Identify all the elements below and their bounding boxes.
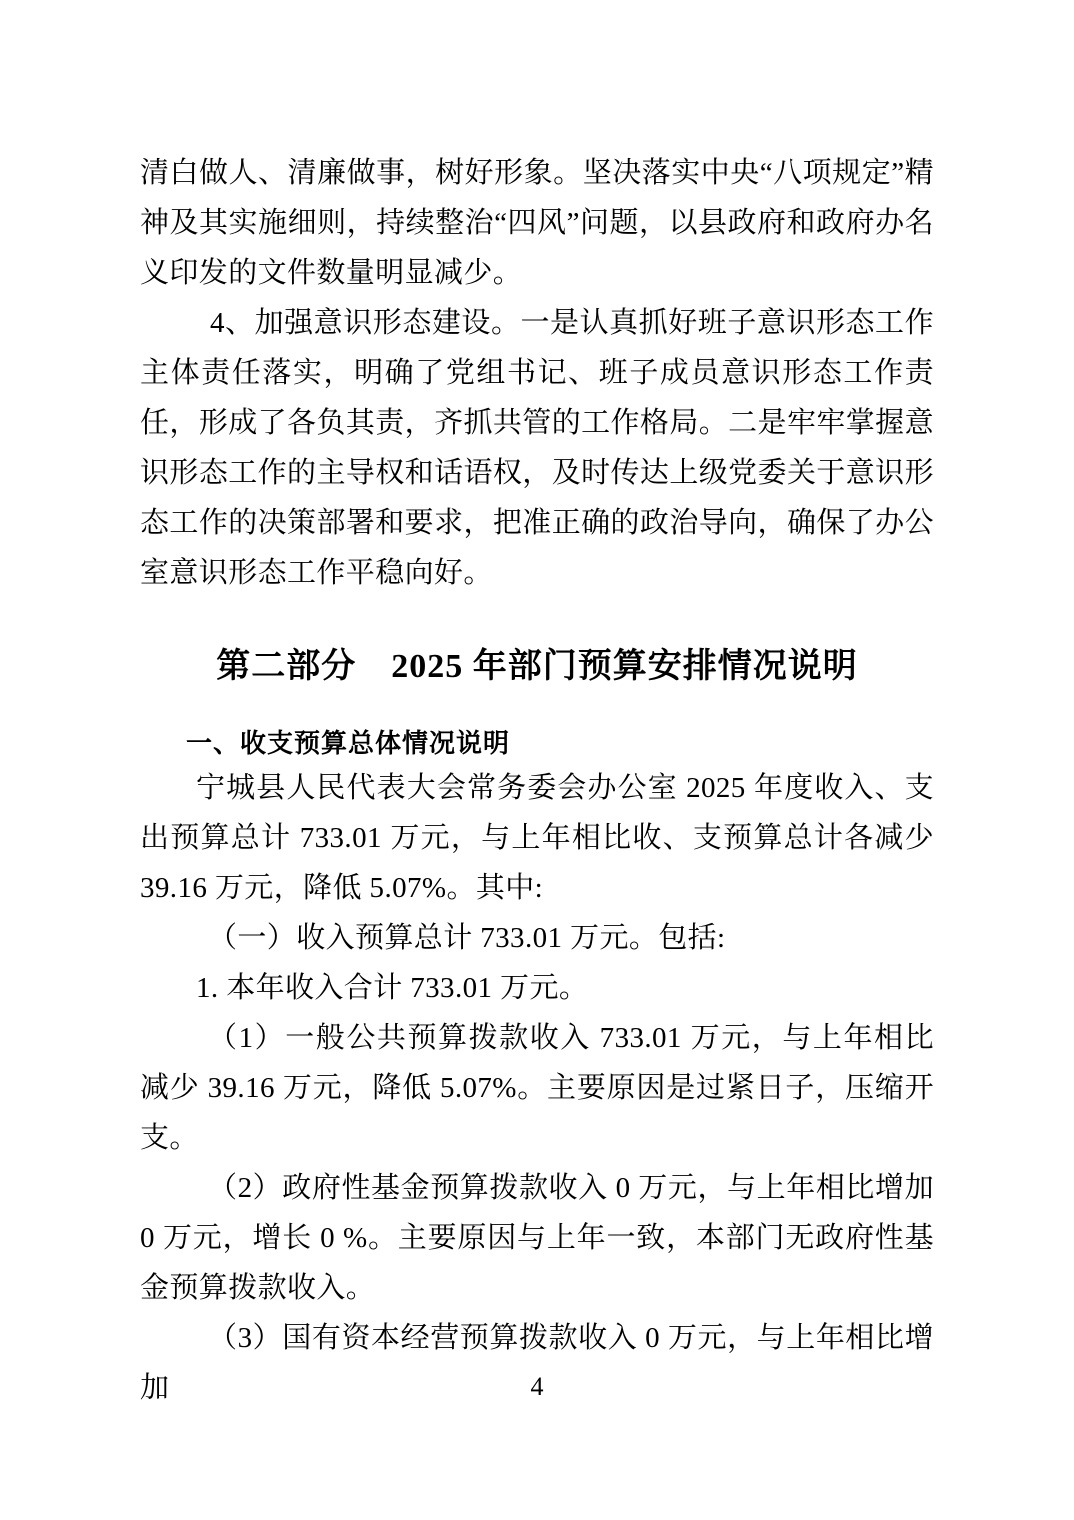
paragraph-general-public-budget-income: （1）一般公共预算拨款收入 733.01 万元，与上年相比减少 39.16 万元… [140,1013,934,1163]
paragraph-government-fund-income: （2）政府性基金预算拨款收入 0 万元，与上年相比增加 0 万元，增长 0 %。… [140,1163,934,1313]
document-page: 清白做人、清廉做事，树好形象。坚决落实中央“八项规定”精神及其实施细则，持续整治… [0,0,1074,1520]
part2-heading: 第二部分 2025 年部门预算安排情况说明 [140,640,934,694]
paragraph-year-income: 1. 本年收入合计 733.01 万元。 [140,963,934,1013]
paragraph-clean-governance: 清白做人、清廉做事，树好形象。坚决落实中央“八项规定”精神及其实施细则，持续整治… [140,148,934,298]
paragraph-budget-overview: 宁城县人民代表大会常务委会办公室 2025 年度收入、支出预算总计 733.01… [140,763,934,913]
page-number: 4 [0,1372,1074,1402]
paragraph-income-total: （一）收入预算总计 733.01 万元。包括: [140,913,934,963]
section1-heading: 一、收支预算总体情况说明 [140,723,934,763]
paragraph-ideology-building: 4、加强意识形态建设。一是认真抓好班子意识形态工作主体责任落实，明确了党组书记、… [140,298,934,598]
page-content: 清白做人、清廉做事，树好形象。坚决落实中央“八项规定”精神及其实施细则，持续整治… [0,0,1074,1413]
